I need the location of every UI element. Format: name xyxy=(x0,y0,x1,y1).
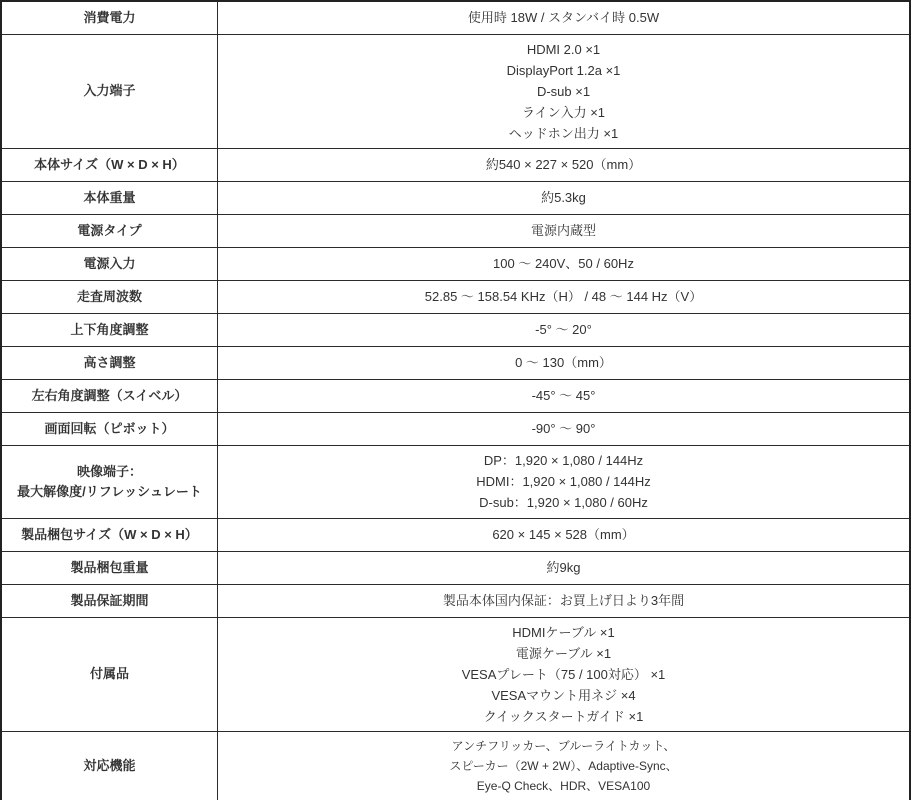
spec-table-body: 消費電力 使用時 18W / スタンバイ時 0.5W 入力端子 HDMI 2.0… xyxy=(1,1,910,800)
spec-label: 高さ調整 xyxy=(1,346,218,379)
spec-value: 100 ～ 240V、50 / 60Hz xyxy=(218,247,911,280)
table-row: 製品梱包重量 約9kg xyxy=(1,551,910,584)
table-row: 付属品 HDMIケーブル ×1 電源ケーブル ×1 VESAプレート（75 / … xyxy=(1,617,910,731)
spec-label: 電源タイプ xyxy=(1,214,218,247)
spec-label: 走査周波数 xyxy=(1,280,218,313)
spec-value: DP：1,920 × 1,080 / 144Hz HDMI：1,920 × 1,… xyxy=(218,445,911,518)
spec-value: アンチフリッカー、ブルーライトカット、 スピーカー（2W + 2W）、Adapt… xyxy=(218,731,911,800)
table-row: 対応機能 アンチフリッカー、ブルーライトカット、 スピーカー（2W + 2W）、… xyxy=(1,731,910,800)
spec-value: 電源内蔵型 xyxy=(218,214,911,247)
table-row: 左右角度調整（スイベル） -45° ～ 45° xyxy=(1,379,910,412)
table-row: 画面回転（ピボット） -90° ～ 90° xyxy=(1,412,910,445)
table-row: 映像端子： 最大解像度/リフレッシュレート DP：1,920 × 1,080 /… xyxy=(1,445,910,518)
spec-value: 52.85 ～ 158.54 KHz（H） / 48 ～ 144 Hz（V） xyxy=(218,280,911,313)
spec-value: 620 × 145 × 528（mm） xyxy=(218,518,911,551)
spec-label: 入力端子 xyxy=(1,34,218,148)
spec-value: -45° ～ 45° xyxy=(218,379,911,412)
spec-value: HDMI 2.0 ×1 DisplayPort 1.2a ×1 D-sub ×1… xyxy=(218,34,911,148)
spec-label: 製品保証期間 xyxy=(1,584,218,617)
table-row: 入力端子 HDMI 2.0 ×1 DisplayPort 1.2a ×1 D-s… xyxy=(1,34,910,148)
spec-table: 消費電力 使用時 18W / スタンバイ時 0.5W 入力端子 HDMI 2.0… xyxy=(0,0,911,800)
spec-label: 対応機能 xyxy=(1,731,218,800)
table-row: 消費電力 使用時 18W / スタンバイ時 0.5W xyxy=(1,1,910,34)
spec-label: 製品梱包サイズ（W × D × H） xyxy=(1,518,218,551)
spec-value: -5° ～ 20° xyxy=(218,313,911,346)
spec-value: 約9kg xyxy=(218,551,911,584)
spec-label: 左右角度調整（スイベル） xyxy=(1,379,218,412)
spec-value: 約5.3kg xyxy=(218,181,911,214)
spec-label: 本体重量 xyxy=(1,181,218,214)
spec-label: 電源入力 xyxy=(1,247,218,280)
spec-value: 製品本体国内保証：お買上げ日より3年間 xyxy=(218,584,911,617)
spec-value: 使用時 18W / スタンバイ時 0.5W xyxy=(218,1,911,34)
spec-value: 0 ～ 130（mm） xyxy=(218,346,911,379)
table-row: 走査周波数 52.85 ～ 158.54 KHz（H） / 48 ～ 144 H… xyxy=(1,280,910,313)
spec-label: 本体サイズ（W × D × H） xyxy=(1,148,218,181)
spec-label: 消費電力 xyxy=(1,1,218,34)
table-row: 本体重量 約5.3kg xyxy=(1,181,910,214)
spec-label: 付属品 xyxy=(1,617,218,731)
spec-value: 約540 × 227 × 520（mm） xyxy=(218,148,911,181)
table-row: 本体サイズ（W × D × H） 約540 × 227 × 520（mm） xyxy=(1,148,910,181)
spec-value: HDMIケーブル ×1 電源ケーブル ×1 VESAプレート（75 / 100対… xyxy=(218,617,911,731)
table-row: 電源タイプ 電源内蔵型 xyxy=(1,214,910,247)
spec-label: 上下角度調整 xyxy=(1,313,218,346)
spec-value: -90° ～ 90° xyxy=(218,412,911,445)
table-row: 製品保証期間 製品本体国内保証：お買上げ日より3年間 xyxy=(1,584,910,617)
spec-label: 映像端子： 最大解像度/リフレッシュレート xyxy=(1,445,218,518)
table-row: 製品梱包サイズ（W × D × H） 620 × 145 × 528（mm） xyxy=(1,518,910,551)
spec-label: 製品梱包重量 xyxy=(1,551,218,584)
table-row: 上下角度調整 -5° ～ 20° xyxy=(1,313,910,346)
table-row: 電源入力 100 ～ 240V、50 / 60Hz xyxy=(1,247,910,280)
table-row: 高さ調整 0 ～ 130（mm） xyxy=(1,346,910,379)
spec-label: 画面回転（ピボット） xyxy=(1,412,218,445)
